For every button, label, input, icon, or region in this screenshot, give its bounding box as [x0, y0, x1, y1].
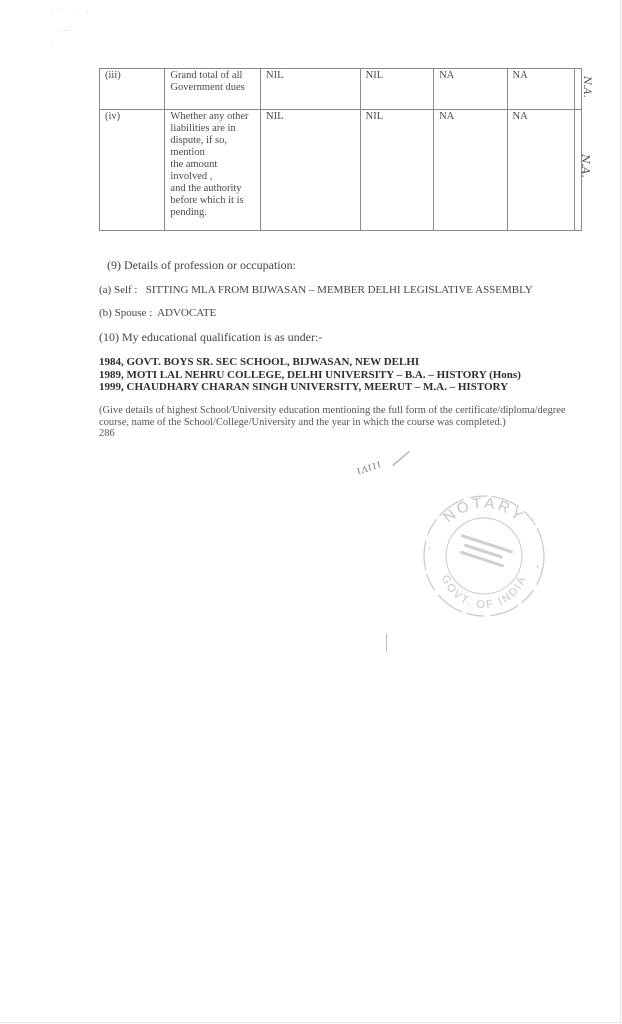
spouse-value: ADVOCATE	[157, 307, 216, 319]
cell-value: NA	[434, 69, 507, 110]
table-row: (iii) Grand total of all Government dues…	[100, 69, 582, 110]
table-row: (iv) Whether any other liabilities are i…	[100, 110, 582, 231]
svg-text:*: *	[536, 564, 540, 572]
row-description: Whether any other liabilities are in dis…	[165, 110, 261, 231]
education-entry: 1984, GOVT. BOYS SR. SEC SCHOOL, BIJWASA…	[99, 356, 521, 369]
government-dues-table: (iii) Grand total of all Government dues…	[99, 68, 582, 231]
handwritten-cell: N.A.	[574, 110, 581, 231]
profession-spouse: (b) Spouse : ADVOCATE	[99, 307, 216, 319]
self-label: (a) Self :	[99, 284, 137, 296]
svg-text:GOVT. OF INDIA: GOVT. OF INDIA	[439, 573, 529, 611]
cell-value: NA	[507, 110, 574, 231]
education-entry: 1999, CHAUDHARY CHARAN SINGH UNIVERSITY,…	[99, 381, 521, 394]
stamp-bottom-text: GOVT. OF INDIA	[439, 573, 529, 611]
profession-heading: (9) Details of profession or occupation:	[107, 258, 296, 273]
handwritten-annotation: N.A.	[580, 76, 592, 98]
scan-mark	[386, 634, 387, 652]
self-value: SITTING MLA FROM BIJWASAN – MEMBER DELHI…	[146, 284, 533, 296]
cell-value: NIL	[261, 69, 361, 110]
notary-stamp-icon: NOTARY GOVT. OF INDIA * *	[418, 490, 550, 622]
row-number: (iii)	[100, 69, 165, 110]
cell-value: NA	[507, 69, 574, 110]
scan-specks: · ˙ · · ⌒·	[50, 8, 140, 63]
page-number: 286	[99, 428, 115, 439]
stamp-top-text: NOTARY	[440, 495, 528, 527]
cell-value: NA	[434, 110, 507, 231]
education-instruction-note: (Give details of highest School/Universi…	[99, 405, 589, 428]
cell-value: NIL	[360, 110, 433, 231]
spouse-label: (b) Spouse :	[99, 307, 152, 319]
profession-self: (a) Self : SITTING MLA FROM BIJWASAN – M…	[99, 284, 533, 296]
row-description: Grand total of all Government dues	[165, 69, 261, 110]
row-number: (iv)	[100, 110, 165, 231]
handwritten-cell: N.A.	[574, 69, 581, 110]
education-entry: 1989, MOTI LAL NEHRU COLLEGE, DELHI UNIV…	[99, 369, 521, 382]
cell-value: NIL	[261, 110, 361, 231]
cell-value: NIL	[360, 69, 433, 110]
education-heading: (10) My educational qualification is as …	[99, 330, 322, 345]
svg-text:NOTARY: NOTARY	[440, 495, 528, 527]
education-list: 1984, GOVT. BOYS SR. SEC SCHOOL, BIJWASA…	[99, 356, 521, 394]
handwritten-annotation: N.A.	[579, 154, 591, 178]
svg-text:*: *	[428, 546, 432, 554]
